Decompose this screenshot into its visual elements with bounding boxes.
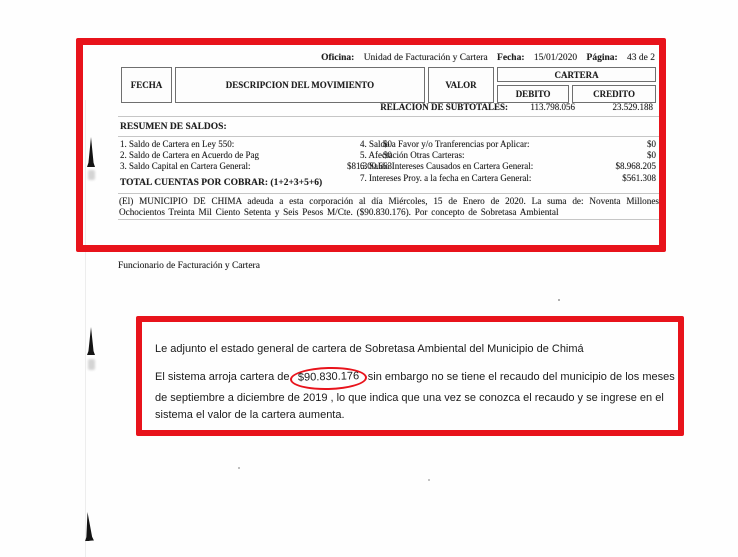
saldo-item-value: $0 [643,139,656,150]
note-line-1: Le adjunto el estado general de cartera … [155,343,584,355]
page-value: 43 de 2 [627,53,655,63]
saldo-item-value: $8.968.205 [612,161,657,172]
scan-speck [428,479,430,481]
saldo-item-value: $0 [643,150,656,161]
date-label: Fecha: [497,53,524,63]
subtotals-debito-value: 113.798.056 [513,102,575,112]
annotation-box-bottom: Le adjunto el estado general de cartera … [136,316,684,436]
office-label: Oficina: [321,53,354,63]
divider-line [118,219,659,220]
scan-smudge [88,359,95,370]
subtotals-credito-value: 23.529.188 [583,102,653,112]
saldo-item-label: 1. Saldo de Cartera en Ley 550: [120,139,234,150]
resumen-left-column: 1. Saldo de Cartera en Ley 550: $0 2. Sa… [120,139,392,173]
office-value: Unidad de Facturación y Cartera [364,53,488,63]
saldo-item: 4. Saldo a Favor y/o Tranferencias por A… [360,139,656,150]
office-header-line: Oficina: Unidad de Facturación y Cartera… [83,53,655,63]
divider-line [118,193,659,194]
movements-table: FECHA DESCRIPCION DEL MOVIMIENTO VALOR C… [118,64,659,106]
saldo-item-label: 7. Intereses Proy. a la fecha en Cartera… [360,173,531,184]
credito-header: CREDITO [572,85,656,103]
fecha-header: FECHA [121,67,172,103]
cartera-header: CARTERA [497,67,656,82]
resumen-heading: RESUMEN DE SALDOS: [120,122,227,132]
saldo-item-label: 6. Saldo Intereses Causados en Cartera G… [360,161,533,172]
note-text-before: El sistema arroja cartera de [155,371,293,383]
saldo-item: 6. Saldo Intereses Causados en Cartera G… [360,161,656,172]
scan-smudge [88,170,95,180]
annotation-box-top: Oficina: Unidad de Facturación y Cartera… [76,38,666,252]
binding-mark-icon [87,327,95,355]
note-paragraph: El sistema arroja cartera de $90.830.176… [155,367,675,424]
scan-speck [558,299,560,301]
page-label: Página: [587,53,618,63]
valor-header: VALOR [428,67,494,103]
saldo-item-label: 4. Saldo a Favor y/o Tranferencias por A… [360,139,529,150]
divider-line [118,116,659,117]
total-cuentas-label: TOTAL CUENTAS POR COBRAR: (1+2+3+5+6) [120,178,322,188]
saldo-item: 3. Saldo Capital en Cartera General: $81… [120,161,392,172]
scanned-document-page: Oficina: Unidad de Facturación y Cartera… [0,0,738,557]
saldo-item: 1. Saldo de Cartera en Ley 550: $0 [120,139,392,150]
saldo-item: 2. Saldo de Cartera en Acuerdo de Pag $0 [120,150,392,161]
divider-line [118,136,659,137]
note-content: Le adjunto el estado general de cartera … [142,322,678,430]
saldo-item-value: $561.308 [618,173,656,184]
saldo-item: 5. Afectación Otras Carteras: $0 [360,150,656,161]
signature-caption: Funcionario de Facturación y Cartera [118,261,260,271]
scan-speck [238,467,240,469]
saldo-item-label: 2. Saldo de Cartera en Acuerdo de Pag [120,150,259,161]
saldo-item: 7. Intereses Proy. a la fecha en Cartera… [360,173,656,184]
descripcion-header: DESCRIPCION DEL MOVIMIENTO [175,67,425,103]
statement-content: Oficina: Unidad de Facturación y Cartera… [83,45,659,245]
saldo-item-label: 3. Saldo Capital en Cartera General: [120,161,250,172]
red-ellipse-annotation: $90.830.176 [289,366,367,391]
date-value: 15/01/2020 [534,53,577,63]
saldo-item-label: 5. Afectación Otras Carteras: [360,150,464,161]
debt-paragraph: (El) MUNICIPIO DE CHIMA adeuda a esta co… [119,196,659,218]
resumen-right-column: 4. Saldo a Favor y/o Tranferencias por A… [360,139,656,184]
debito-header: DEBITO [497,85,569,103]
subtotals-label: RELACION DE SUBTOTALES: [118,102,508,112]
